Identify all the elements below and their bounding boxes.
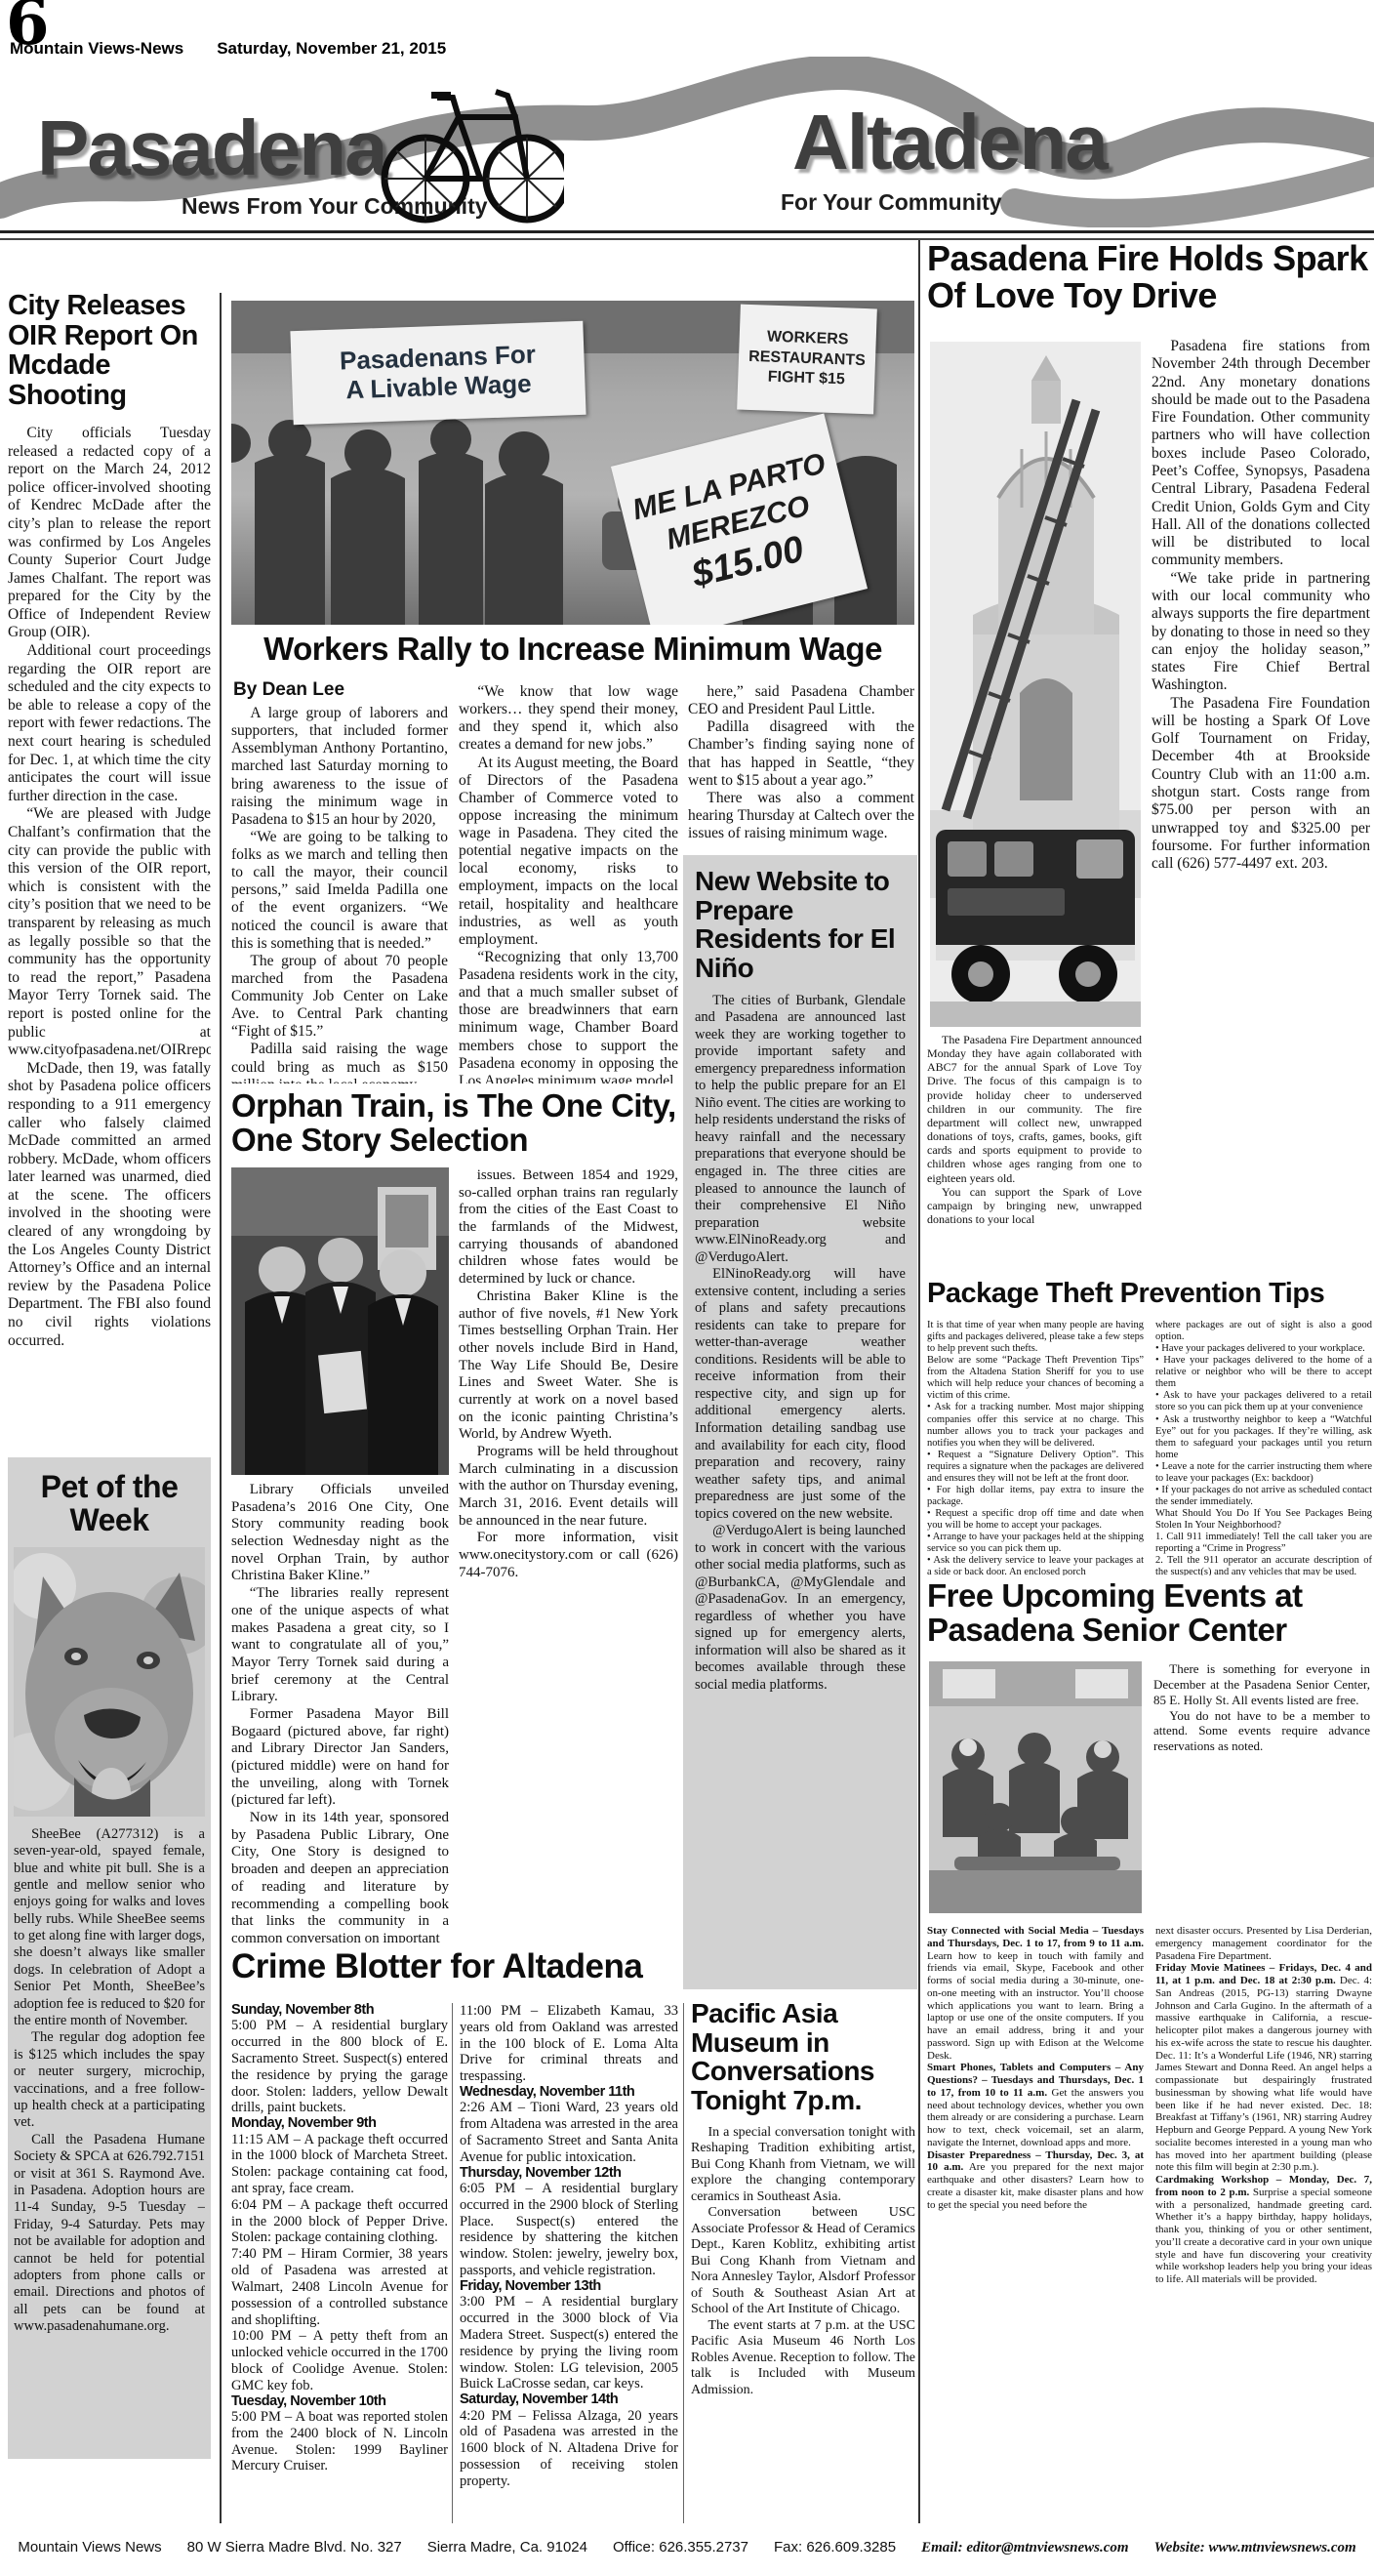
fire-below-col: The Pasadena Fire Department announced M… xyxy=(927,1033,1142,1275)
footer-name: Mountain Views News xyxy=(18,2539,161,2556)
tips-col2: where packages are out of sight is also … xyxy=(1155,1320,1372,1575)
footer-office: Office: 626.355.2737 xyxy=(613,2539,748,2556)
firetruck-photo xyxy=(930,342,1141,1027)
newspaper-page: 6 Mountain Views-NewsSaturday, November … xyxy=(0,0,1374,2576)
senior-intro: There is something for everyone in Decem… xyxy=(1153,1661,1370,1913)
footer-website: Website: www.mtnviewsnews.com xyxy=(1154,2540,1356,2556)
left-column: City Releases OIR Report On Mcdade Shoot… xyxy=(8,291,211,2459)
livable-wage-banner: Pasadenans For A Livable Wage xyxy=(290,321,586,425)
senior-center-photo xyxy=(929,1661,1142,1913)
footer-address: 80 W Sierra Madre Blvd. No. 327 xyxy=(187,2539,402,2556)
pet-of-week-section: Pet of the Week xyxy=(8,1457,211,2459)
senior-col1: Stay Connected with Social Media – Tuesd… xyxy=(927,1925,1144,2523)
pet-of-week-title: Pet of the Week xyxy=(14,1463,205,1547)
workers-col2: “We know that low wage workers… they spe… xyxy=(459,683,678,1084)
banner-title-pasadena: Pasadena xyxy=(37,103,386,193)
bicycle-icon xyxy=(379,57,564,227)
fire-side-col: Pasadena fire stations from November 24t… xyxy=(1152,338,1370,1273)
footer: Mountain Views News 80 W Sierra Madre Bl… xyxy=(0,2539,1374,2556)
fire-article-title: Pasadena Fire Holds Spark Of Love Toy Dr… xyxy=(927,240,1374,314)
footer-fax: Fax: 626.609.3285 xyxy=(774,2539,896,2556)
pacific-article: Pacific Asia Museum in Conversations Ton… xyxy=(691,1999,915,2523)
pet-of-week-body: SheeBee (A277312) is a seven-year-old, s… xyxy=(14,1826,205,2449)
column-rule-right xyxy=(918,240,920,2523)
banner-title-altadena: Altadena xyxy=(792,98,1107,187)
elnino-body: The cities of Burbank, Glendale and Pasa… xyxy=(695,993,906,1959)
orphan-col2: issues. Between 1854 and 1929, so-called… xyxy=(459,1167,678,1942)
workers-col1: A large group of laborers and supporters… xyxy=(231,705,448,1084)
protest-photo: Pasadenans For A Livable Wage WORKERS RE… xyxy=(231,301,914,625)
orphan-article-title: Orphan Train, is The One City, One Story… xyxy=(231,1089,690,1158)
pacific-body: In a special conversation tonight with R… xyxy=(691,2125,915,2496)
oir-article-title: City Releases OIR Report On Mcdade Shoot… xyxy=(8,291,211,411)
blotter-col1: Sunday, November 8th5:00 PM – A resident… xyxy=(231,2003,448,2523)
elnino-title: New Website to Prepare Residents for El … xyxy=(695,867,906,983)
footer-email: Email: editor@mtnviewsnews.com xyxy=(921,2540,1128,2556)
workers-byline: By Dean Lee xyxy=(233,679,344,701)
section-banner: Pasadena News From Your Community Altade… xyxy=(0,57,1374,227)
column-rule-left xyxy=(220,293,222,2523)
senior-title: Free Upcoming Events at Pasadena Senior … xyxy=(927,1579,1374,1648)
blotter-col2: 11:00 PM – Elizabeth Kamau, 33 years old… xyxy=(460,2003,678,2523)
workers-article-title: Workers Rally to Increase Minimum Wage xyxy=(231,633,914,667)
banner-tagline-right: For Your Community xyxy=(781,189,1002,216)
tips-title: Package Theft Prevention Tips xyxy=(927,1279,1374,1309)
pacific-title: Pacific Asia Museum in Conversations Ton… xyxy=(691,1999,915,2115)
masthead-date: Saturday, November 21, 2015 xyxy=(217,39,446,58)
masthead: Mountain Views-NewsSaturday, November 21… xyxy=(10,39,479,59)
orphan-unveiling-photo xyxy=(231,1167,449,1475)
column-rule-pacific xyxy=(683,2003,684,2523)
blotter-title: Crime Blotter for Altadena xyxy=(231,1948,914,1984)
dog-photo xyxy=(14,1547,205,1817)
masthead-title: Mountain Views-News xyxy=(10,39,183,58)
tips-col1: It is that time of year when many people… xyxy=(927,1320,1144,1575)
oir-article-body: City officials Tuesday released a redact… xyxy=(8,425,211,1450)
column-rule-blotter xyxy=(452,2003,453,2523)
workers-col3: here,” said Pasadena Chamber CEO and Pre… xyxy=(688,683,914,851)
workers-fight-sign: WORKERS RESTAURANTS FIGHT $15 xyxy=(737,305,877,415)
senior-col2: next disaster occurs. Presented by Lisa … xyxy=(1155,1925,1372,2523)
elnino-article: New Website to Prepare Residents for El … xyxy=(683,855,917,1989)
orphan-col1: Library Officials unveiled Pasadena’s 20… xyxy=(231,1482,449,1942)
footer-city: Sierra Madre, Ca. 91024 xyxy=(427,2539,587,2556)
